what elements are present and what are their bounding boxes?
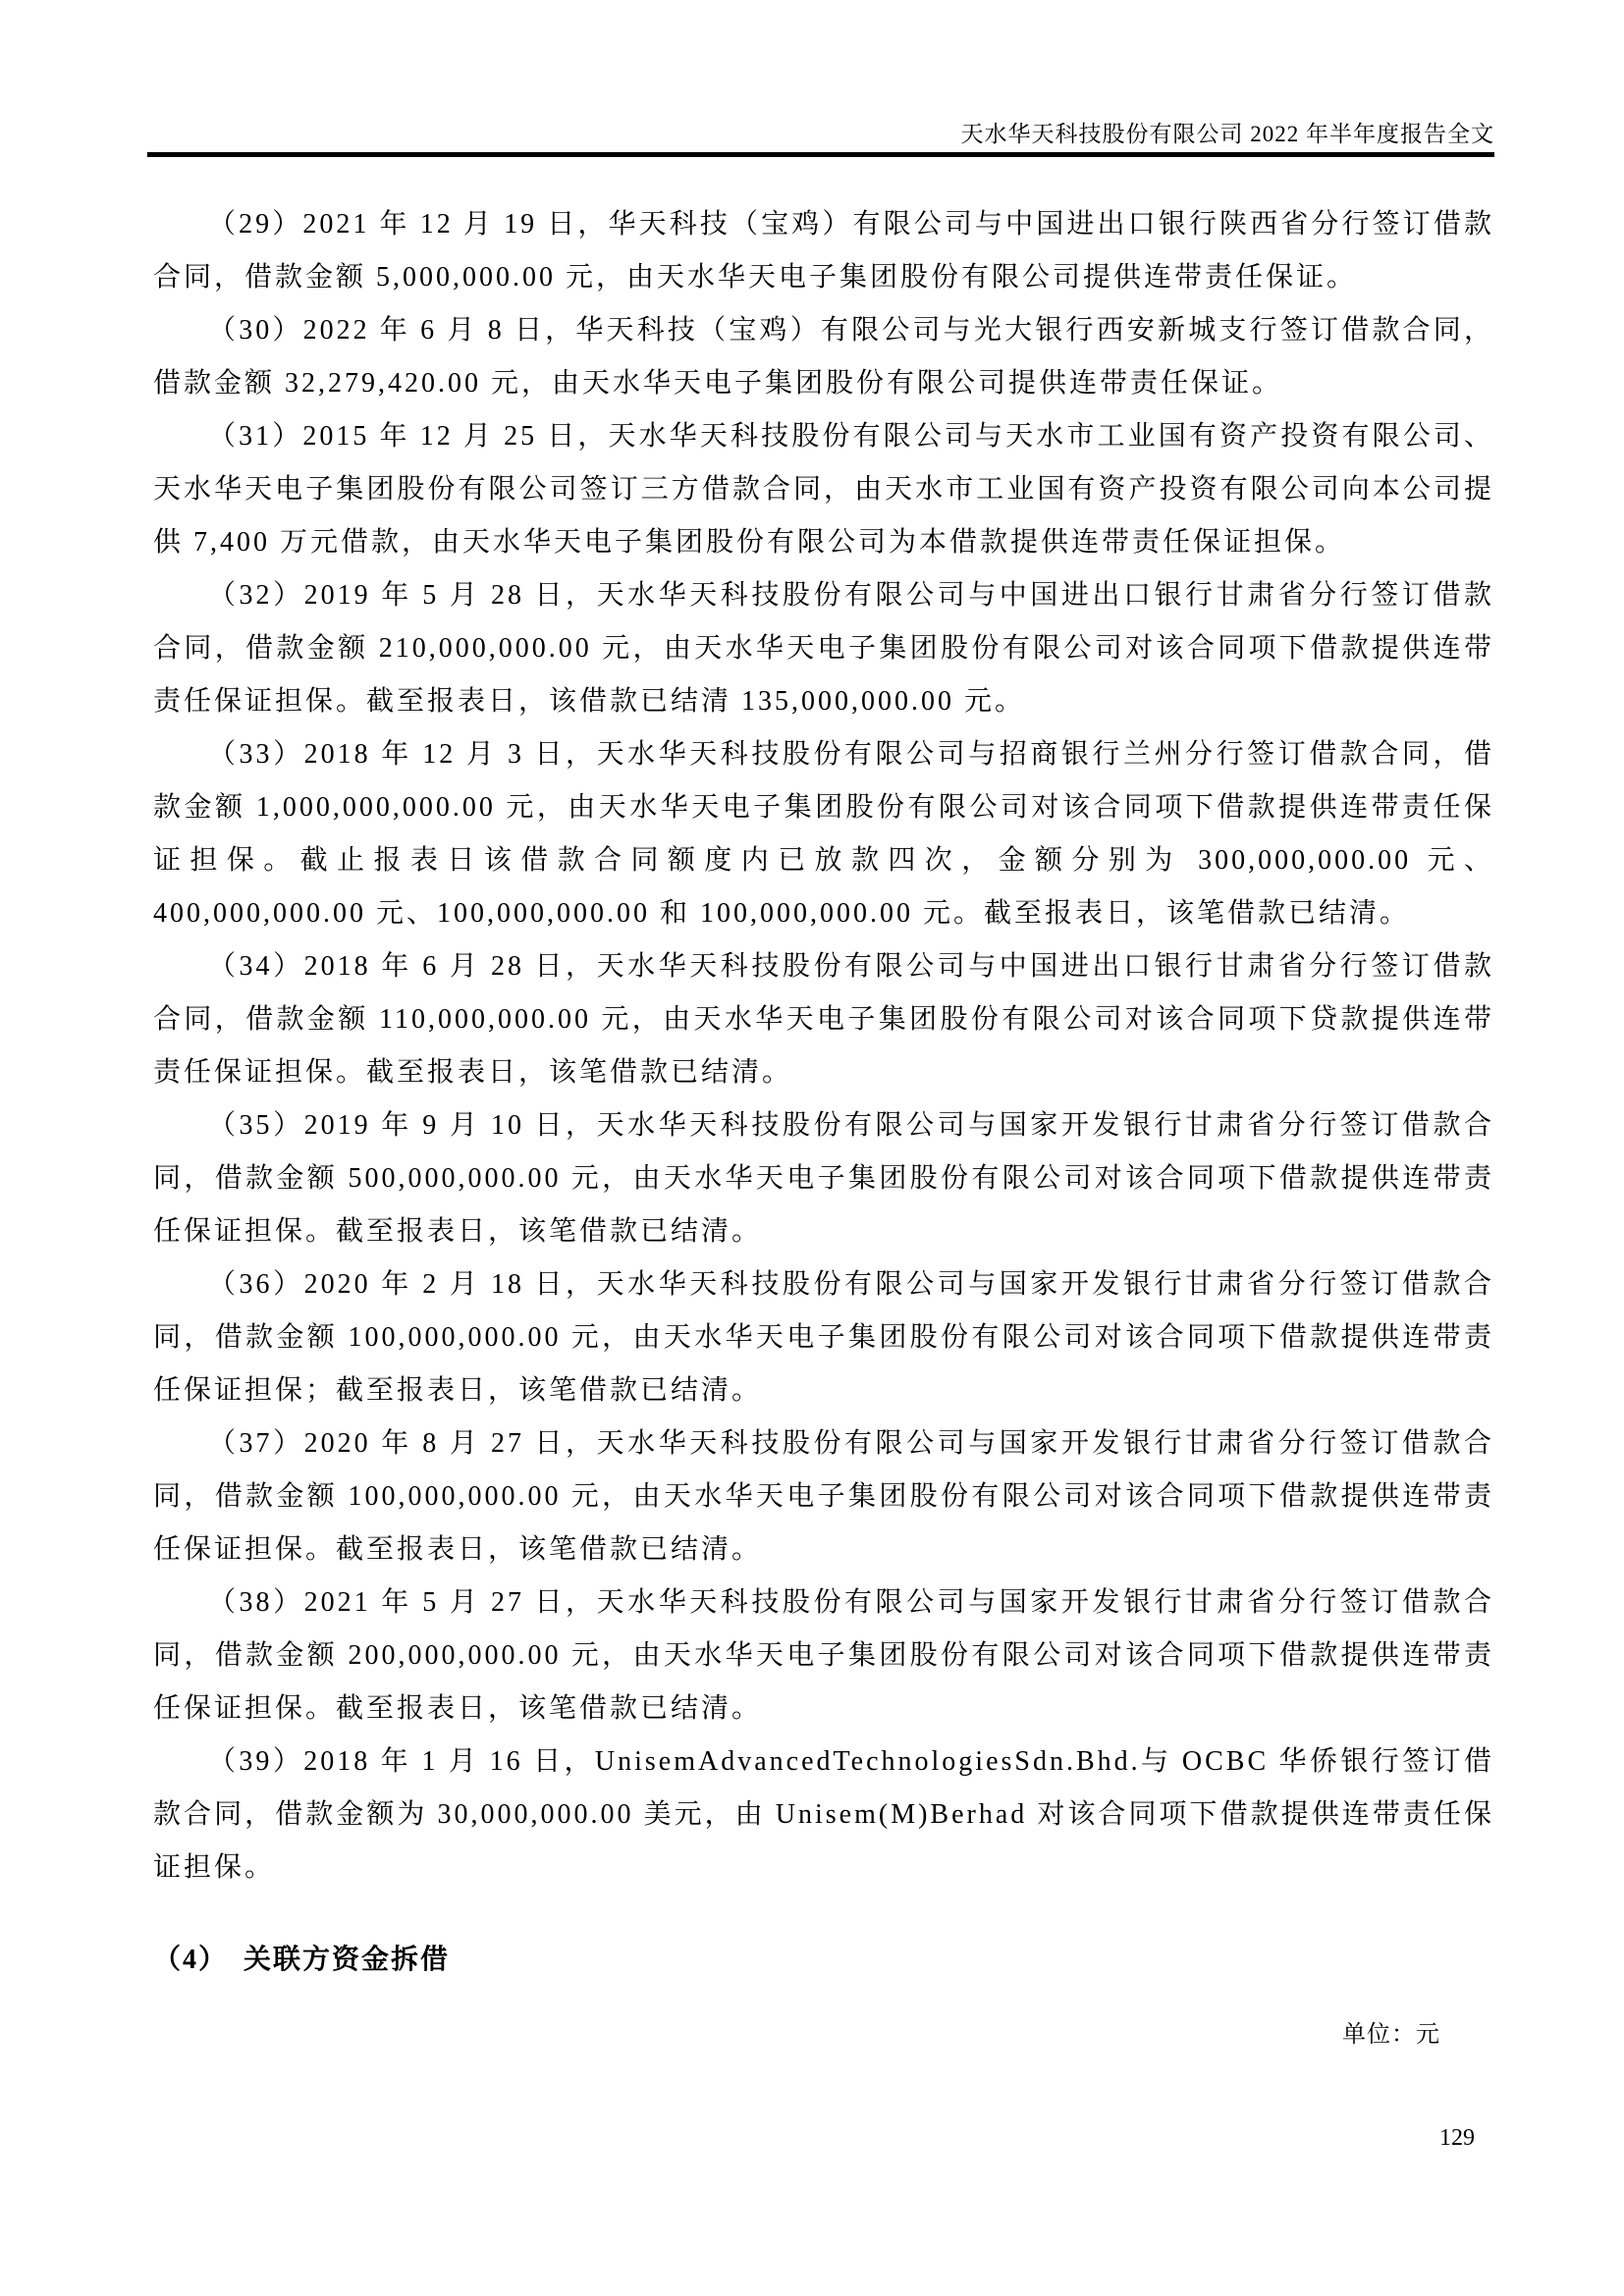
paragraph-32: （32）2019 年 5 月 28 日，天水华天科技股份有限公司与中国进出口银行… — [153, 569, 1494, 728]
header-divider — [147, 152, 1494, 157]
paragraph-29: （29）2021 年 12 月 19 日，华天科技（宝鸡）有限公司与中国进出口银… — [153, 198, 1494, 304]
paragraph-31: （31）2015 年 12 月 25 日，天水华天科技股份有限公司与天水市工业国… — [153, 410, 1494, 569]
report-header-title: 天水华天科技股份有限公司 2022 年半年度报告全文 — [961, 116, 1495, 148]
paragraph-33: （33）2018 年 12 月 3 日，天水华天科技股份有限公司与招商银行兰州分… — [153, 728, 1494, 940]
paragraph-39: （39）2018 年 1 月 16 日，UnisemAdvancedTechno… — [153, 1735, 1494, 1895]
paragraph-38: （38）2021 年 5 月 27 日，天水华天科技股份有限公司与国家开发银行甘… — [153, 1576, 1494, 1735]
paragraph-36: （36）2020 年 2 月 18 日，天水华天科技股份有限公司与国家开发银行甘… — [153, 1258, 1494, 1417]
report-body: （29）2021 年 12 月 19 日，华天科技（宝鸡）有限公司与中国进出口银… — [153, 198, 1494, 1895]
paragraph-35: （35）2019 年 9 月 10 日，天水华天科技股份有限公司与国家开发银行甘… — [153, 1099, 1494, 1258]
unit-label: 单位：元 — [1342, 2014, 1440, 2049]
page-number: 129 — [1439, 2125, 1475, 2152]
paragraph-34: （34）2018 年 6 月 28 日，天水华天科技股份有限公司与中国进出口银行… — [153, 940, 1494, 1099]
section-heading-related-party-lending: （4） 关联方资金拆借 — [153, 1934, 1494, 1987]
paragraph-30: （30）2022 年 6 月 8 日，华天科技（宝鸡）有限公司与光大银行西安新城… — [153, 304, 1494, 410]
report-page: 天水华天科技股份有限公司 2022 年半年度报告全文 （29）2021 年 12… — [0, 0, 1624, 2296]
paragraph-37: （37）2020 年 8 月 27 日，天水华天科技股份有限公司与国家开发银行甘… — [153, 1417, 1494, 1576]
